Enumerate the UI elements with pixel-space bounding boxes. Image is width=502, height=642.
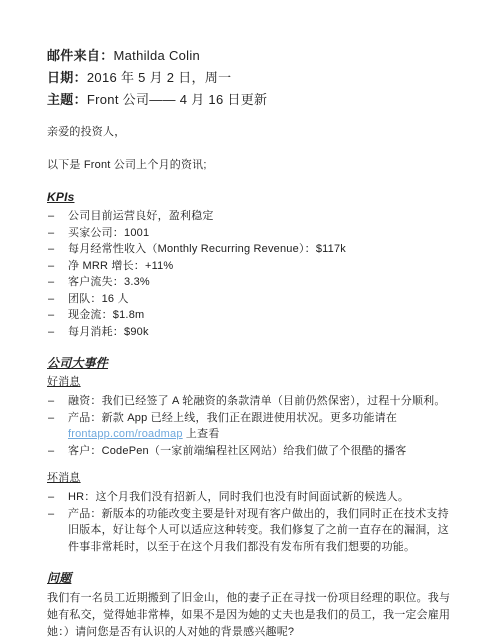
- bad-news-item-product: 产品：新版本的功能改变主要是针对现有客户做出的，我们同时正在技术支持旧版本，好让…: [47, 506, 458, 556]
- good-news-list: 融资：我们已经签了 A 轮融资的条款清单（目前仍然保密），过程十分顺利。 产品：…: [47, 393, 458, 459]
- product-text-before-link: 产品：新款 App 已经上线，我们正在跟进使用状况。更多功能请在: [68, 412, 397, 424]
- bad-news-item-hr: HR：这个月我们没有招新人，同时我们也没有时间面试新的候选人。: [47, 489, 458, 506]
- date-label: 日期：: [47, 70, 87, 85]
- kpi-item-customers: 买家公司：1001: [47, 225, 458, 242]
- good-news-item-funding: 融资：我们已经签了 A 轮融资的条款清单（目前仍然保密），过程十分顺利。: [47, 393, 458, 410]
- kpis-list: 公司目前运营良好，盈利稳定 买家公司：1001 每月经常性收入（Monthly …: [47, 208, 458, 340]
- header-from-line: 邮件来自：Mathilda Colin: [47, 45, 458, 67]
- kpi-item-churn: 客户流失：3.3%: [47, 274, 458, 291]
- greeting: 亲爱的投资人，: [47, 124, 458, 141]
- kpi-item-team: 团队：16 人: [47, 291, 458, 308]
- kpi-item-mrr: 每月经常性收入（Monthly Recurring Revenue）：$117k: [47, 241, 458, 258]
- header-date-line: 日期：2016 年 5 月 2 日，周一: [47, 67, 458, 89]
- kpis-heading: KPIs: [47, 188, 458, 206]
- kpi-item-status: 公司目前运营良好，盈利稳定: [47, 208, 458, 225]
- from-value: Mathilda Colin: [114, 48, 201, 63]
- header-subject-line: 主题：Front 公司—— 4 月 16 日更新: [47, 89, 458, 111]
- from-label: 邮件来自：: [47, 48, 114, 63]
- good-news-item-product: 产品：新款 App 已经上线，我们正在跟进使用状况。更多功能请在 frontap…: [47, 410, 458, 443]
- bad-news-heading: 坏消息: [47, 470, 458, 487]
- kpi-item-mrr-growth: 净 MRR 增长：+11%: [47, 258, 458, 275]
- subject-value: Front 公司—— 4 月 16 日更新: [87, 92, 267, 107]
- intro-line: 以下是 Front 公司上个月的资讯;: [47, 157, 458, 174]
- kpi-item-burn: 每月消耗：$90k: [47, 324, 458, 341]
- question-body: 我们有一名员工近期搬到了旧金山，他的妻子正在寻找一份项目经理的职位。我与她有私交…: [47, 590, 458, 641]
- product-text-after-link: 上查看: [183, 428, 220, 440]
- roadmap-link[interactable]: frontapp.com/roadmap: [68, 428, 183, 440]
- bad-news-list: HR：这个月我们没有招新人，同时我们也没有时间面试新的候选人。 产品：新版本的功…: [47, 489, 458, 555]
- kpi-item-cash: 现金流：$1.8m: [47, 307, 458, 324]
- subject-label: 主题：: [47, 92, 87, 107]
- good-news-heading: 好消息: [47, 374, 458, 391]
- question-heading: 问题: [47, 569, 458, 587]
- date-value: 2016 年 5 月 2 日，周一: [87, 70, 232, 85]
- good-news-item-customer: 客户：CodePen（一家前端编程社区网站）给我们做了个很酷的播客: [47, 443, 458, 460]
- events-heading: 公司大事件: [47, 354, 458, 372]
- email-header: 邮件来自：Mathilda Colin 日期：2016 年 5 月 2 日，周一…: [47, 45, 458, 111]
- email-update-document: 邮件来自：Mathilda Colin 日期：2016 年 5 月 2 日，周一…: [0, 0, 502, 642]
